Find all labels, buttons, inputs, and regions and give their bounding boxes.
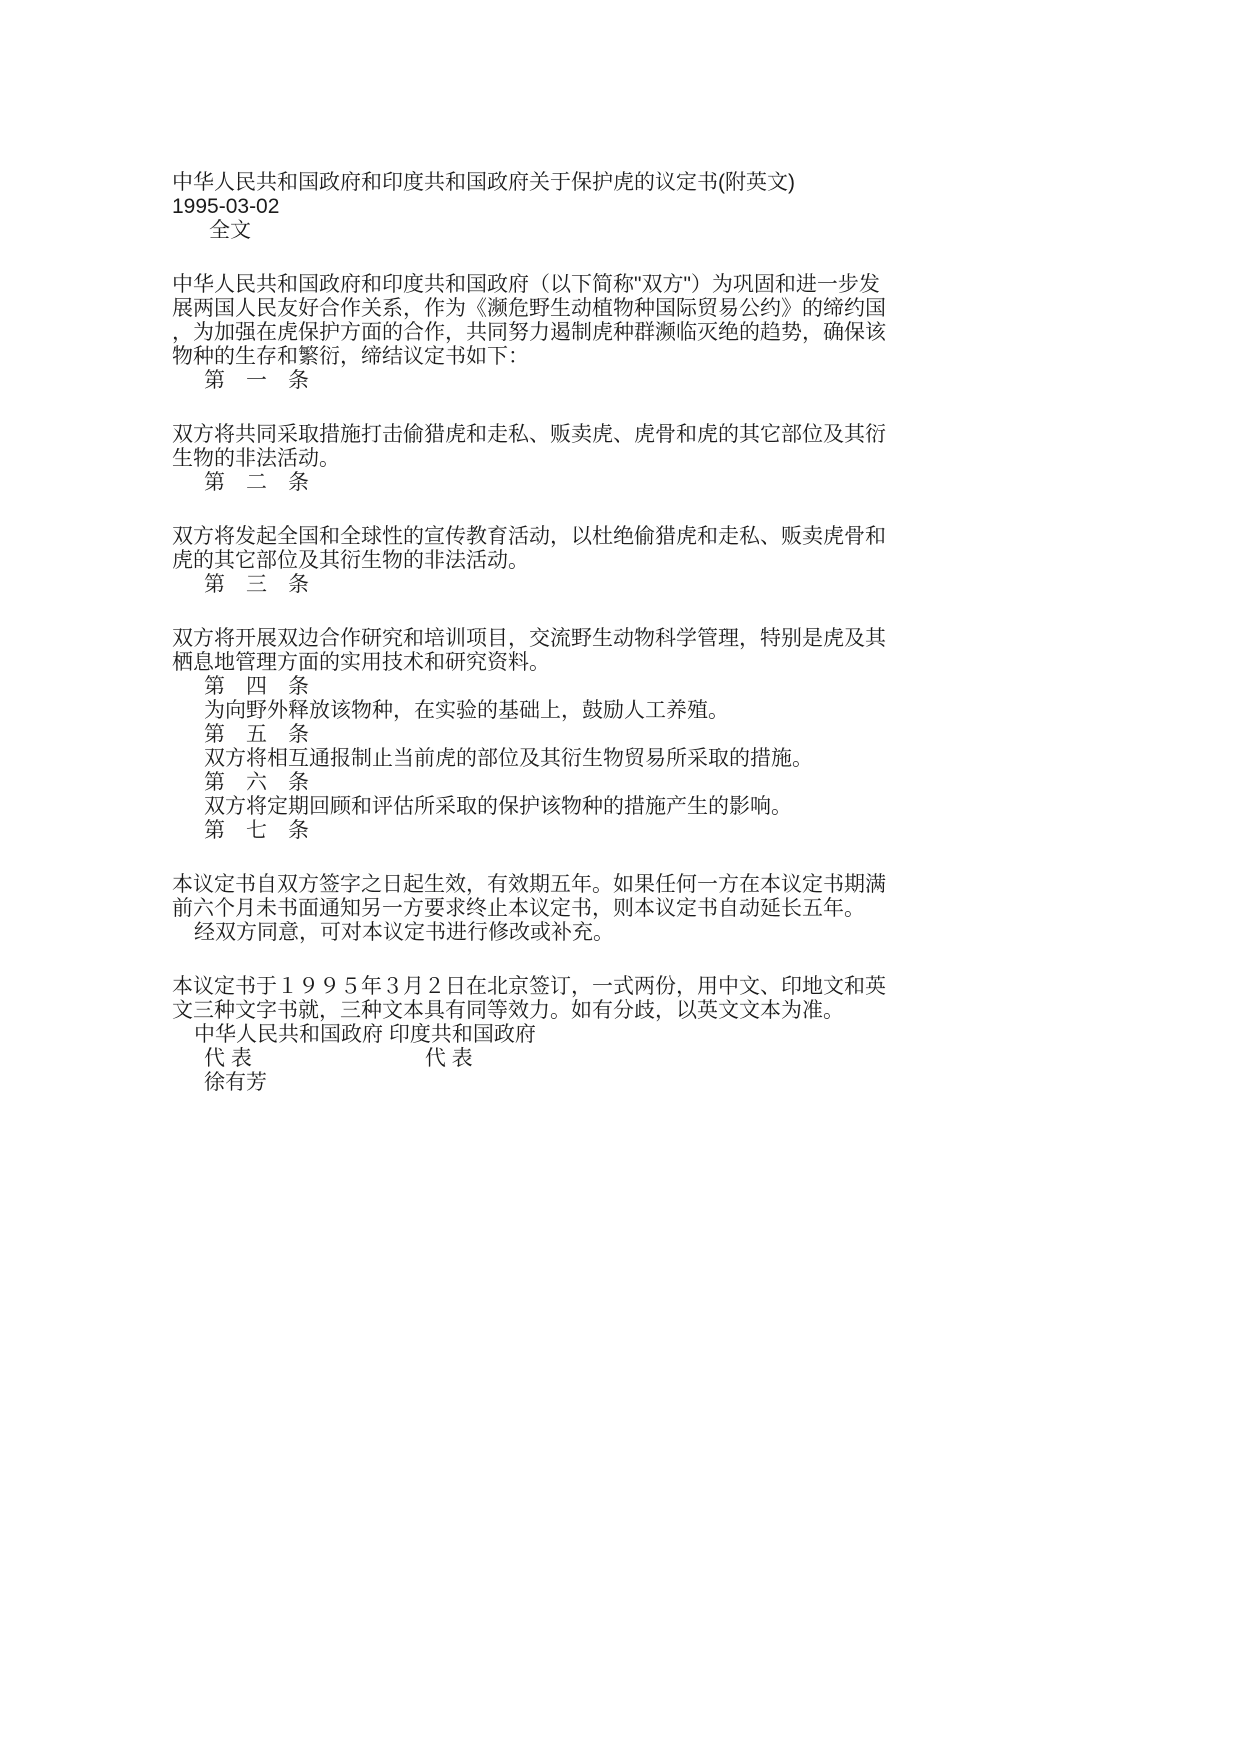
paragraph-line: 前六个月未书面通知另一方要求终止本议定书，则本议定书自动延长五年。	[172, 897, 1179, 921]
paragraph-line: 双方将发起全国和全球性的宣传教育活动，以杜绝偷猎虎和走私、贩卖虎骨和	[172, 525, 1179, 549]
paragraph-line: 中华人民共和国政府和印度共和国政府（以下简称"双方"）为巩固和进一步发	[172, 273, 1179, 297]
article-heading: 第 五 条	[172, 723, 1179, 747]
article-heading: 第 一 条	[172, 369, 1179, 393]
signature-party-line: 中华人民共和国政府 印度共和国政府	[172, 1023, 1179, 1047]
paragraph-line: 栖息地管理方面的实用技术和研究资料。	[172, 651, 1179, 675]
paragraph-line: 虎的其它部位及其衍生物的非法活动。	[172, 549, 1179, 573]
paragraph-line: ，为加强在虎保护方面的合作，共同努力遏制虎种群濒临灭绝的趋势，确保该	[172, 321, 1179, 345]
signer-name: 徐有芳	[172, 1071, 1179, 1095]
section-label: 全文	[172, 219, 1179, 243]
paragraph-line: 本议定书于１９９５年３月２日在北京签订，一式两份，用中文、印地文和英	[172, 975, 1179, 999]
document-page: 中华人民共和国政府和印度共和国政府关于保护虎的议定书(附英文)1995-03-0…	[0, 0, 1239, 1754]
paragraph-line: 文三种文字书就，三种文本具有同等效力。如有分歧，以英文文本为准。	[172, 999, 1179, 1023]
paragraph-line: 生物的非法活动。	[172, 447, 1179, 471]
paragraph-line: 本议定书自双方签字之日起生效，有效期五年。如果任何一方在本议定书期满	[172, 873, 1179, 897]
document-content: 中华人民共和国政府和印度共和国政府关于保护虎的议定书(附英文)1995-03-0…	[0, 0, 1239, 1095]
paragraph-line: 双方将共同采取措施打击偷猎虎和走私、贩卖虎、虎骨和虎的其它部位及其衍	[172, 423, 1179, 447]
representatives-line: 代 表代 表	[172, 1047, 1179, 1071]
paragraph-line: 经双方同意，可对本议定书进行修改或补充。	[172, 921, 1179, 945]
doc-date: 1995-03-02	[172, 195, 1179, 219]
doc-title: 中华人民共和国政府和印度共和国政府关于保护虎的议定书(附英文)	[172, 171, 1179, 195]
representative-label-right: 代 表	[425, 1047, 473, 1070]
article-heading: 第 二 条	[172, 471, 1179, 495]
paragraph-line: 为向野外释放该物种，在实验的基础上，鼓励人工养殖。	[172, 699, 1179, 723]
representative-label-left: 代 表	[204, 1047, 252, 1070]
paragraph-line: 双方将开展双边合作研究和培训项目，交流野生动物科学管理，特别是虎及其	[172, 627, 1179, 651]
paragraph-line: 物种的生存和繁衍，缔结议定书如下：	[172, 345, 1179, 369]
paragraph-line: 双方将定期回顾和评估所采取的保护该物种的措施产生的影响。	[172, 795, 1179, 819]
article-heading: 第 四 条	[172, 675, 1179, 699]
paragraph-line: 展两国人民友好合作关系，作为《濒危野生动植物种国际贸易公约》的缔约国	[172, 297, 1179, 321]
article-heading: 第 七 条	[172, 819, 1179, 843]
paragraph-line: 双方将相互通报制止当前虎的部位及其衍生物贸易所采取的措施。	[172, 747, 1179, 771]
article-heading: 第 三 条	[172, 573, 1179, 597]
article-heading: 第 六 条	[172, 771, 1179, 795]
